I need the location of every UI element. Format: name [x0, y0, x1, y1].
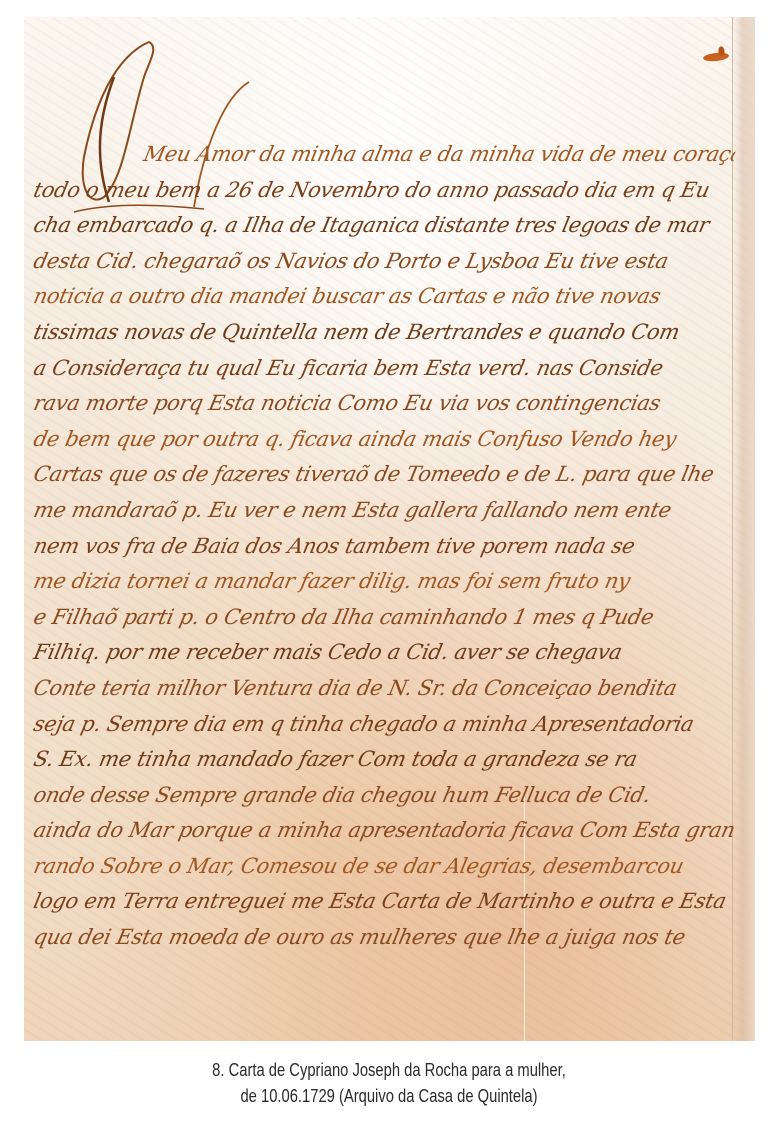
handwritten-line: tissimas novas de Quintella nem de Bertr…	[30, 315, 739, 351]
handwritten-line: e Filhaõ parti p. o Centro da Ilha camin…	[30, 600, 739, 636]
handwritten-text-body: Meu Amor da minha alma e da minha vida d…	[30, 137, 731, 956]
handwritten-line: onde desse Sempre grande dia chegou hum …	[30, 778, 739, 814]
handwritten-line: rando Sobre o Mar, Comesou de se dar Ale…	[30, 849, 739, 885]
handwritten-line: desta Cid. chegaraõ os Navios do Porto e…	[30, 244, 739, 280]
handwritten-line: logo em Terra entreguei me Esta Carta de…	[30, 884, 739, 920]
handwritten-line: rava morte porq Esta noticia Como Eu via…	[30, 386, 739, 422]
handwritten-line: ainda do Mar porque a minha apresentador…	[30, 813, 739, 849]
handwritten-line: a Consideraça tu qual Eu ficaria bem Est…	[30, 351, 739, 387]
handwritten-line: nem vos fra de Baia dos Anos tambem tive…	[30, 529, 739, 565]
handwritten-line: me dizia tornei a mandar fazer dilig. ma…	[30, 564, 739, 600]
handwritten-line: S. Ex. me tinha mandado fazer Com toda a…	[30, 742, 739, 778]
ink-blot	[703, 52, 730, 63]
handwritten-line: Conte teria milhor Ventura dia de N. Sr.…	[30, 671, 739, 707]
handwritten-line: Filhiq. por me receber mais Cedo a Cid. …	[30, 635, 739, 671]
handwritten-line: noticia a outro dia mandei buscar as Car…	[30, 279, 739, 315]
handwritten-line: qua dei Esta moeda de ouro as mulheres q…	[30, 920, 739, 956]
handwritten-line: de bem que por outra q. ficava ainda mai…	[30, 422, 739, 458]
handwritten-line: cha embarcado q. a Ilha de Itaganica dis…	[30, 208, 739, 244]
figure-caption: 8. Carta de Cypriano Joseph da Rocha par…	[70, 1057, 708, 1109]
handwritten-line: me mandaraõ p. Eu ver e nem Esta gallera…	[30, 493, 739, 529]
caption-line-2: de 10.06.1729 (Arquivo da Casa de Quinte…	[70, 1083, 708, 1109]
handwritten-line: Cartas que os de fazeres tiveraõ de Tome…	[30, 457, 739, 493]
manuscript-letter-image: Meu Amor da minha alma e da minha vida d…	[24, 17, 755, 1041]
handwritten-line: seja p. Sempre dia em q tinha chegado a …	[30, 707, 739, 743]
caption-line-1: 8. Carta de Cypriano Joseph da Rocha par…	[70, 1057, 708, 1083]
handwritten-line: Meu Amor da minha alma e da minha vida d…	[30, 137, 739, 173]
handwritten-line: todo o meu bem a 26 de Novembro do anno …	[30, 173, 739, 209]
